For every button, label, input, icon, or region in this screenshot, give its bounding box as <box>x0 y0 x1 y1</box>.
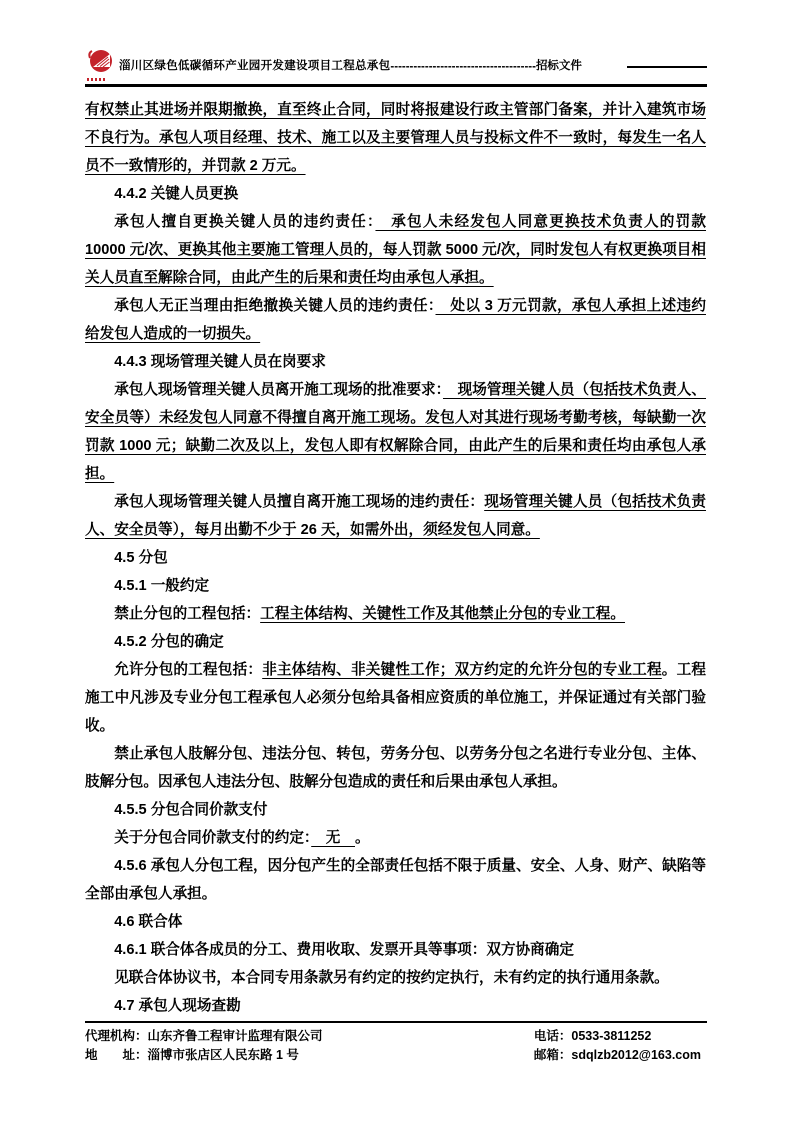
clause-heading: 4.5.5 分包合同价款支付 <box>85 796 706 824</box>
text-run: 4.6.1 联合体各成员的分工、费用收取、发票开具等事项：双方协商确定 <box>114 942 574 958</box>
qilu-logo-icon <box>85 46 115 82</box>
footer-address-line: 地 址：淄博市张店区人民东路 1 号 <box>85 1046 323 1065</box>
filled-in-text: 无 <box>311 830 355 846</box>
header-project-title: 淄川区绿色低碳循环产业园开发建设项目工程总承包 <box>119 57 390 76</box>
header-doc-type: 招标文件 <box>536 57 582 76</box>
header-rule <box>85 84 707 87</box>
text-run: 关于分包合同价款支付的约定： <box>114 830 311 846</box>
clause-heading: 4.6.1 联合体各成员的分工、费用收取、发票开具等事项：双方协商确定 <box>85 936 706 964</box>
clause-heading: 4.5 分包 <box>85 544 706 572</box>
text-run: 4.5.2 分包的确定 <box>114 634 223 650</box>
document-page: 淄川区绿色低碳循环产业园开发建设项目工程总承包 ----------------… <box>0 0 793 1121</box>
text-run: 允许分包的工程包括： <box>114 662 262 678</box>
text-run: 4.5 分包 <box>114 550 168 566</box>
clause-paragraph: 承包人现场管理关键人员离开施工现场的批准要求： 现场管理关键人员（包括技术负责人… <box>85 376 706 488</box>
clause-paragraph: 禁止承包人肢解分包、违法分包、转包，劳务分包、以劳务分包之名进行专业分包、主体、… <box>85 740 706 796</box>
text-run: 4.4.3 现场管理关键人员在岗要求 <box>114 354 326 370</box>
clause-paragraph: 承包人无正当理由拒绝撤换关键人员的违约责任： 处以 3 万元罚款，承包人承担上述… <box>85 292 706 348</box>
footer-email-line: 邮箱：sdqlzb2012@163.com <box>534 1046 701 1065</box>
clause-paragraph: 有权禁止其进场并限期撤换，直至终止合同，同时将报建设行政主管部门备案，并计入建筑… <box>85 96 706 180</box>
text-run: 承包人无正当理由拒绝撤换关键人员的违约责任： <box>114 298 435 314</box>
text-run: 4.7 承包人现场查勘 <box>114 998 241 1014</box>
footer-agency-line: 代理机构：山东齐鲁工程审计监理有限公司 <box>85 1027 323 1046</box>
text-run: 4.5.1 一般约定 <box>114 578 209 594</box>
text-run: 4.5.6 承包人分包工程，因分包产生的全部责任包括不限于质量、安全、人身、财产… <box>85 858 706 902</box>
clause-paragraph: 承包人擅自更换关键人员的违约责任： 承包人未经发包人同意更换技术负责人的罚款 1… <box>85 208 706 292</box>
header-short-rule <box>627 66 707 69</box>
document-body: 有权禁止其进场并限期撤换，直至终止合同，同时将报建设行政主管部门备案，并计入建筑… <box>85 96 706 1018</box>
page-footer: 代理机构：山东齐鲁工程审计监理有限公司 地 址：淄博市张店区人民东路 1 号 电… <box>85 1021 707 1065</box>
text-run: 承包人现场管理关键人员擅自离开施工现场的违约责任： <box>114 494 484 510</box>
filled-in-text: 工程主体结构、关键性工作及其他禁止分包的专业工程。 <box>260 606 625 622</box>
clause-paragraph: 关于分包合同价款支付的约定： 无 。 <box>85 824 706 852</box>
clause-paragraph: 承包人现场管理关键人员擅自离开施工现场的违约责任：现场管理关键人员（包括技术负责… <box>85 488 706 544</box>
filled-in-text: 有权禁止其进场并限期撤换，直至终止合同，同时将报建设行政主管部门备案，并计入建筑… <box>85 102 706 174</box>
clause-heading: 4.7 承包人现场查勘 <box>85 992 706 1018</box>
clause-paragraph: 允许分包的工程包括：非主体结构、非关键性工作；双方约定的允许分包的专业工程。工程… <box>85 656 706 740</box>
page-header: 淄川区绿色低碳循环产业园开发建设项目工程总承包 ----------------… <box>85 46 707 86</box>
footer-phone-line: 电话：0533-3811252 <box>534 1027 701 1046</box>
footer-contact-block: 电话：0533-3811252 邮箱：sdqlzb2012@163.com <box>534 1027 701 1065</box>
text-run: 4.5.5 分包合同价款支付 <box>114 802 267 818</box>
footer-agency-block: 代理机构：山东齐鲁工程审计监理有限公司 地 址：淄博市张店区人民东路 1 号 <box>85 1027 323 1065</box>
header-dash-leader: -------------------------------------- <box>390 61 536 76</box>
text-run: 4.4.2 关键人员更换 <box>114 186 238 202</box>
clause-paragraph: 见联合体协议书，本合同专用条款另有约定的按约定执行，未有约定的执行通用条款。 <box>85 964 706 992</box>
clause-paragraph: 4.5.6 承包人分包工程，因分包产生的全部责任包括不限于质量、安全、人身、财产… <box>85 852 706 908</box>
text-run: 承包人现场管理关键人员离开施工现场的批准要求： <box>114 382 443 398</box>
clause-heading: 4.4.2 关键人员更换 <box>85 180 706 208</box>
text-run: 见联合体协议书，本合同专用条款另有约定的按约定执行，未有约定的执行通用条款。 <box>114 970 669 986</box>
logo-graphic <box>85 46 115 80</box>
text-run: 承包人擅自更换关键人员的违约责任： <box>114 214 375 230</box>
logo-subtext <box>87 78 107 81</box>
clause-heading: 4.5.1 一般约定 <box>85 572 706 600</box>
clause-heading: 4.5.2 分包的确定 <box>85 628 706 656</box>
filled-in-text: 非主体结构、非关键性工作；双方约定的允许分包的专业工程 <box>262 662 662 678</box>
text-run: 。 <box>355 830 370 846</box>
clause-heading: 4.4.3 现场管理关键人员在岗要求 <box>85 348 706 376</box>
clause-paragraph: 禁止分包的工程包括：工程主体结构、关键性工作及其他禁止分包的专业工程。 <box>85 600 706 628</box>
text-run: 4.6 联合体 <box>114 914 182 930</box>
text-run: 禁止承包人肢解分包、违法分包、转包，劳务分包、以劳务分包之名进行专业分包、主体、… <box>85 746 706 790</box>
text-run: 禁止分包的工程包括： <box>114 606 260 622</box>
clause-heading: 4.6 联合体 <box>85 908 706 936</box>
